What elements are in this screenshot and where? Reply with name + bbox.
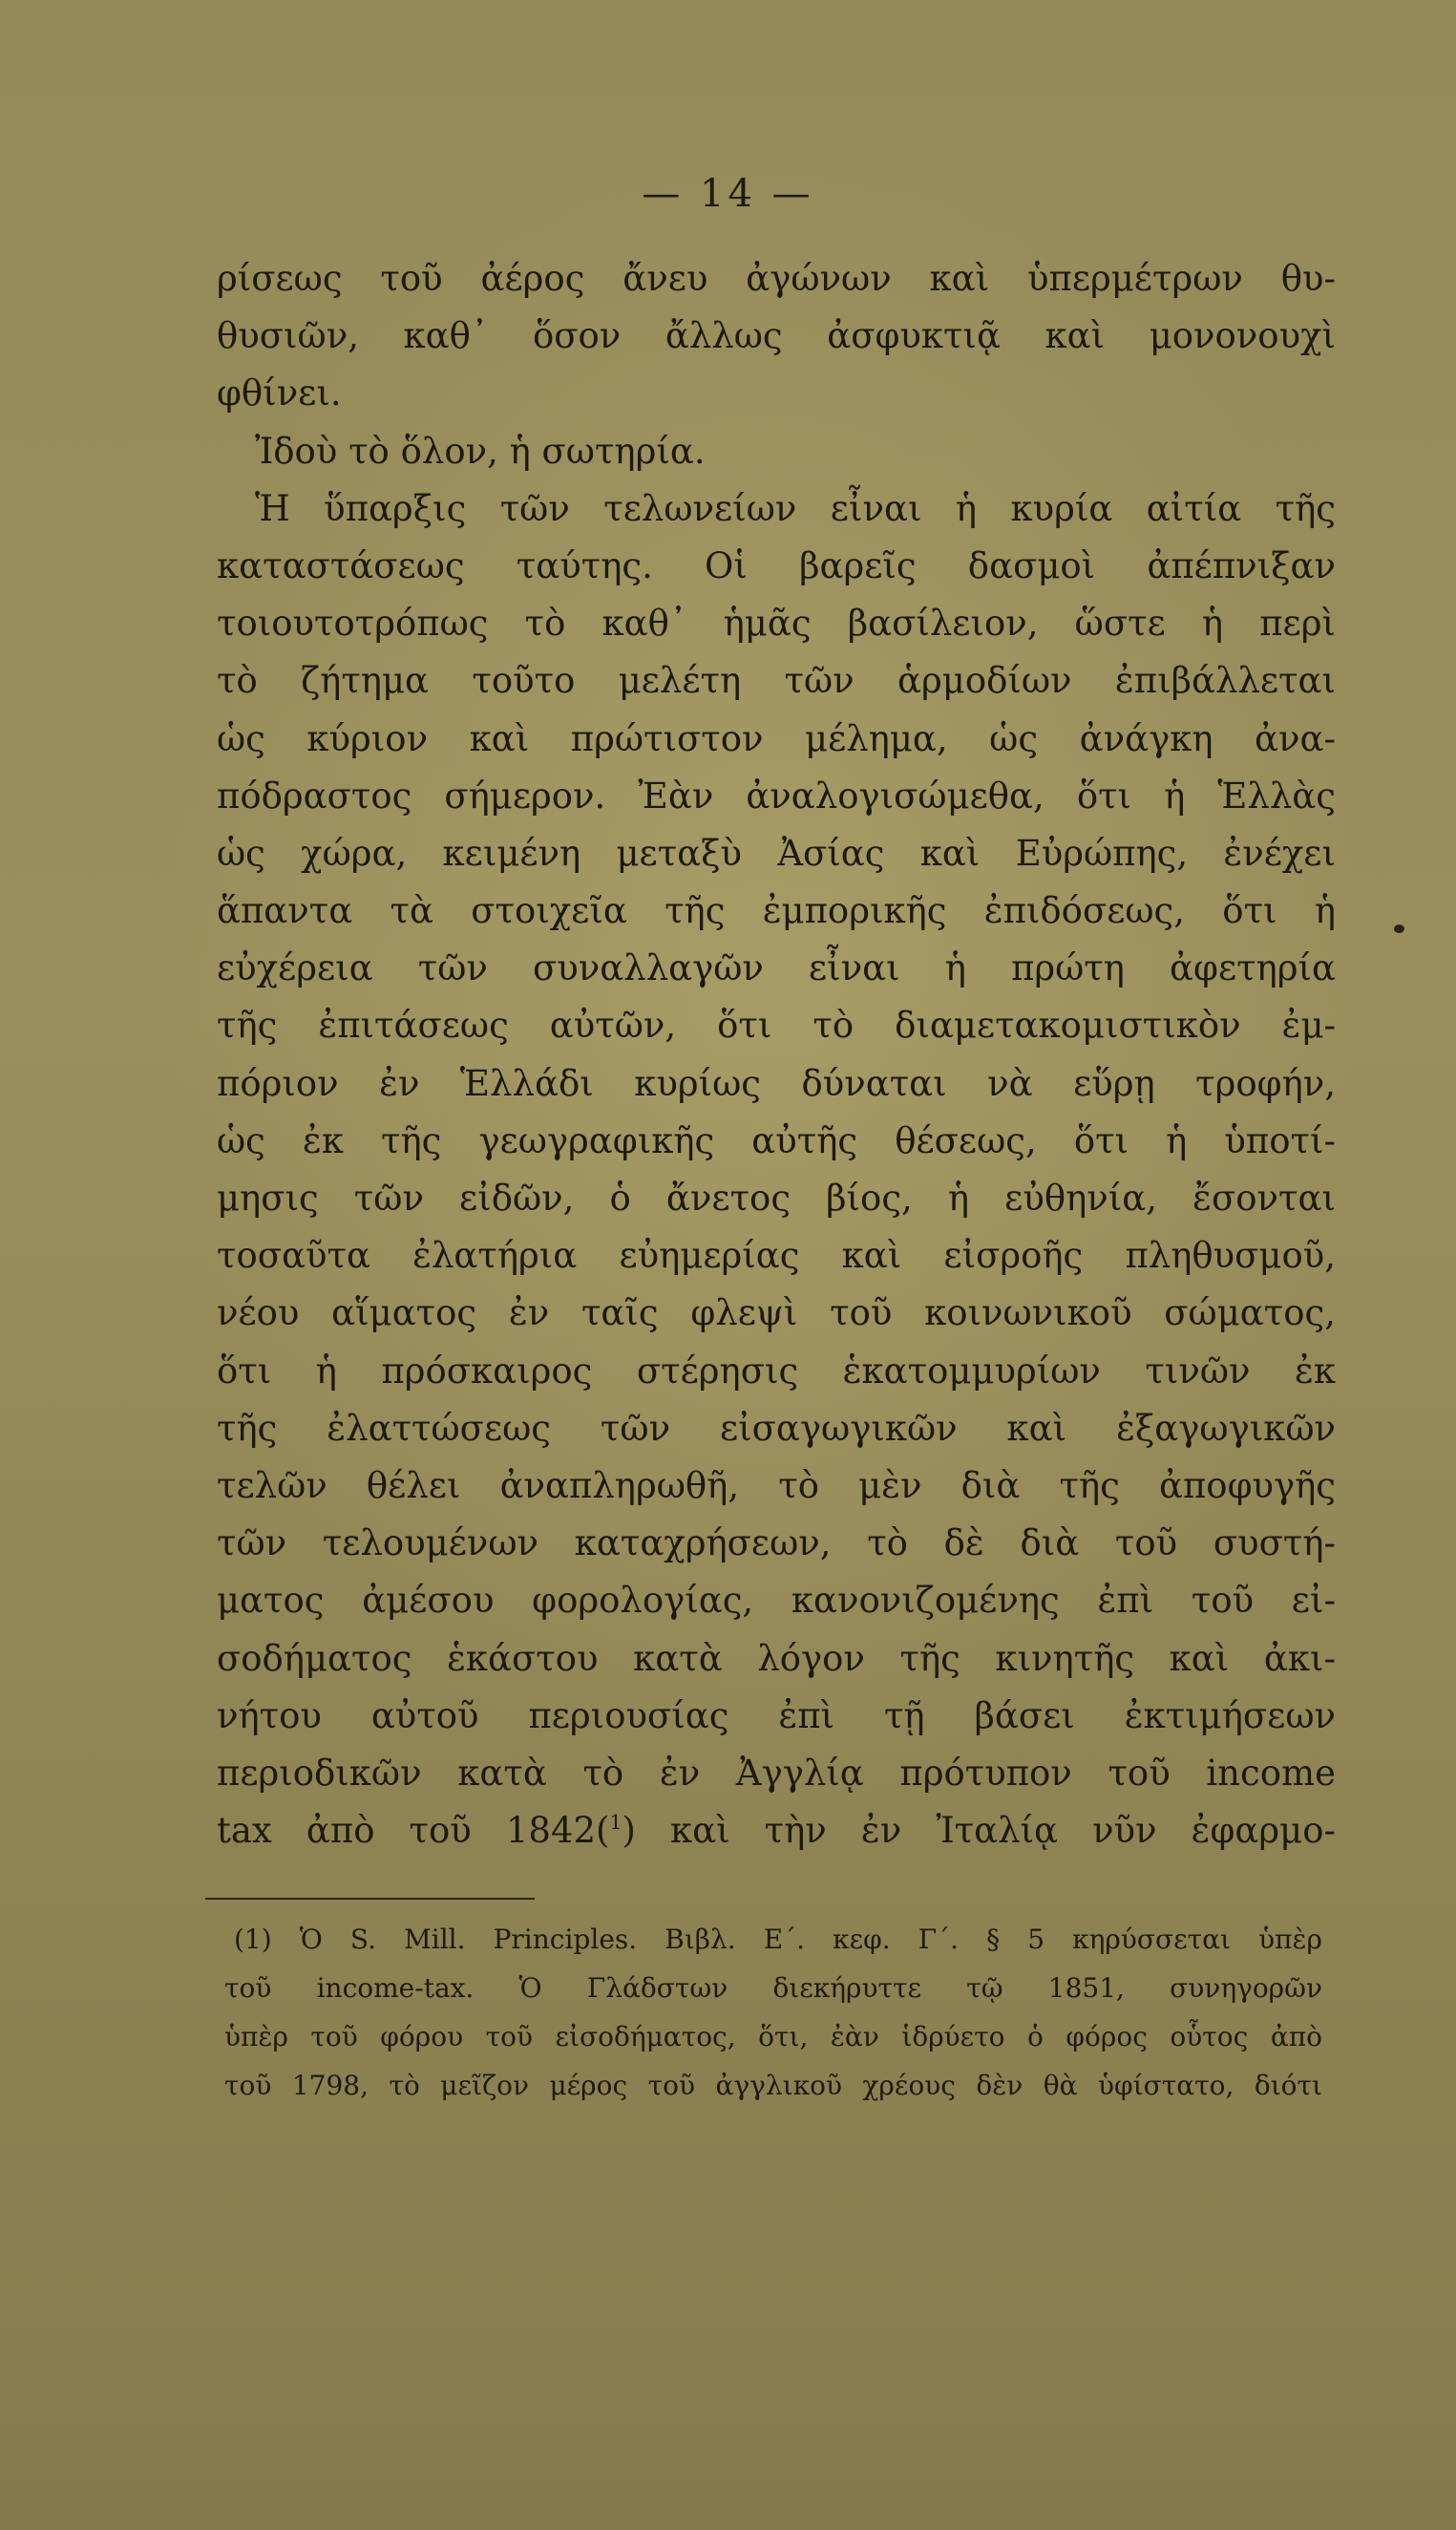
text-line: θυσιῶν, καθ᾽ ὅσον ἄλλως ἀσφυκτιᾷ καὶ μον… — [217, 308, 1336, 365]
text-line: φθίνει. — [217, 365, 1336, 422]
footnote: (1) Ὁ S. Mill. Principles. Βιβλ. Ε΄. κεφ… — [224, 1915, 1322, 2110]
text-line: ματος ἀμέσου φορολογίας, κανονιζομένης ἐ… — [217, 1572, 1336, 1629]
footnote-line: (1) Ὁ S. Mill. Principles. Βιβλ. Ε΄. κεφ… — [224, 1915, 1322, 1964]
text-line: μησις τῶν εἰδῶν, ὁ ἄνετος βίος, ἡ εὐθηνί… — [217, 1170, 1336, 1227]
body-text: ρίσεως τοῦ ἀέρος ἄνευ ἀγώνων καὶ ὑπερμέτ… — [217, 250, 1336, 1860]
text-line: σοδήματος ἑκάστου κατὰ λόγον τῆς κινητῆς… — [217, 1630, 1336, 1688]
text-line: τῶν τελουμένων καταχρήσεων, τὸ δὲ διὰ το… — [217, 1515, 1336, 1572]
footnote-line: ὑπὲρ τοῦ φόρου τοῦ εἰσοδήματος, ὅτι, ἐὰν… — [224, 2012, 1322, 2061]
text-line: ὅτι ἡ πρόσκαιρος στέρησις ἑκατομμυρίων τ… — [217, 1343, 1336, 1400]
text-line: πόδραστος σήμερον. Ἐὰν ἀναλογισώμεθα, ὅτ… — [217, 768, 1336, 825]
page-number: — 14 — — [0, 172, 1456, 216]
book-page: — 14 — ρίσεως τοῦ ἀέρος ἄνευ ἀγώνων καὶ … — [0, 0, 1456, 2530]
text-line: εὐχέρεια τῶν συναλλαγῶν εἶναι ἡ πρώτη ἀφ… — [217, 940, 1336, 997]
footnote-line: τοῦ income-tax. Ὁ Γλάδστων διεκήρυττε τῷ… — [224, 1964, 1322, 2012]
paragraph-start-line: Ἰδοὺ τὸ ὅλον, ἡ σωτηρία. — [217, 423, 1336, 480]
text-line: τελῶν θέλει ἀναπληρωθῆ, τὸ μὲν διὰ τῆς ἀ… — [217, 1457, 1336, 1515]
footnote-ref-open: ( — [596, 1810, 609, 1851]
text-line: ὡς κύριον καὶ πρώτιστον μέλημα, ὡς ἀνάγκ… — [217, 711, 1336, 768]
text-line: τῆς ἐπιτάσεως αὐτῶν, ὅτι τὸ διαμετακομισ… — [217, 997, 1336, 1054]
text-line: τῆς ἐλαττώσεως τῶν εἰσαγωγικῶν καὶ ἐξαγω… — [217, 1400, 1336, 1457]
text-segment: tax ἀπὸ τοῦ 1842 — [217, 1810, 596, 1851]
footnote-reference[interactable]: 1 — [609, 1811, 622, 1834]
paragraph-start-line: Ἡ ὕπαρξις τῶν τελωνείων εἶναι ἡ κυρία αἰ… — [217, 480, 1336, 538]
text-line: περιοδικῶν κατὰ τὸ ἐν Ἀγγλίᾳ πρότυπον το… — [217, 1745, 1336, 1802]
text-line: καταστάσεως ταύτης. Οἱ βαρεῖς δασμοὶ ἀπέ… — [217, 538, 1336, 595]
text-line: νήτου αὐτοῦ περιουσίας ἐπὶ τῇ βάσει ἐκτι… — [217, 1688, 1336, 1745]
text-line: τοιουτοτρόπως τὸ καθ᾽ ἡμᾶς βασίλειον, ὥσ… — [217, 595, 1336, 652]
text-line: ρίσεως τοῦ ἀέρος ἄνευ ἀγώνων καὶ ὑπερμέτ… — [217, 250, 1336, 308]
text-line: ὡς ἐκ τῆς γεωγραφικῆς αὐτῆς θέσεως, ὅτι … — [217, 1113, 1336, 1170]
text-line: τὸ ζήτημα τοῦτο μελέτη τῶν ἁρμοδίων ἐπιβ… — [217, 652, 1336, 710]
text-line: πόριον ἐν Ἑλλάδι κυρίως δύναται νὰ εὕρῃ … — [217, 1055, 1336, 1113]
text-line-with-footnote-ref: tax ἀπὸ τοῦ 1842(1) καὶ τὴν ἐν Ἰταλίᾳ νῦ… — [217, 1802, 1336, 1860]
ink-speck — [1394, 925, 1404, 933]
footnote-separator — [205, 1898, 535, 1900]
text-line: τοσαῦτα ἐλατήρια εὐημερίας καὶ εἰσροῆς π… — [217, 1227, 1336, 1285]
text-line: ἅπαντα τὰ στοιχεῖα τῆς ἐμπορικῆς ἐπιδόσε… — [217, 882, 1336, 940]
footnote-ref-close: ) — [622, 1810, 635, 1851]
text-line: νέου αἵματος ἐν ταῖς φλεψὶ τοῦ κοινωνικο… — [217, 1285, 1336, 1342]
footnote-line: τοῦ 1798, τὸ μεῖζον μέρος τοῦ ἀγγλικοῦ χ… — [224, 2061, 1322, 2110]
text-line: ὡς χώρα, κειμένη μεταξὺ Ἀσίας καὶ Εὐρώπη… — [217, 825, 1336, 882]
text-segment: καὶ τὴν ἐν Ἰταλίᾳ νῦν ἐφαρμο- — [636, 1810, 1336, 1851]
